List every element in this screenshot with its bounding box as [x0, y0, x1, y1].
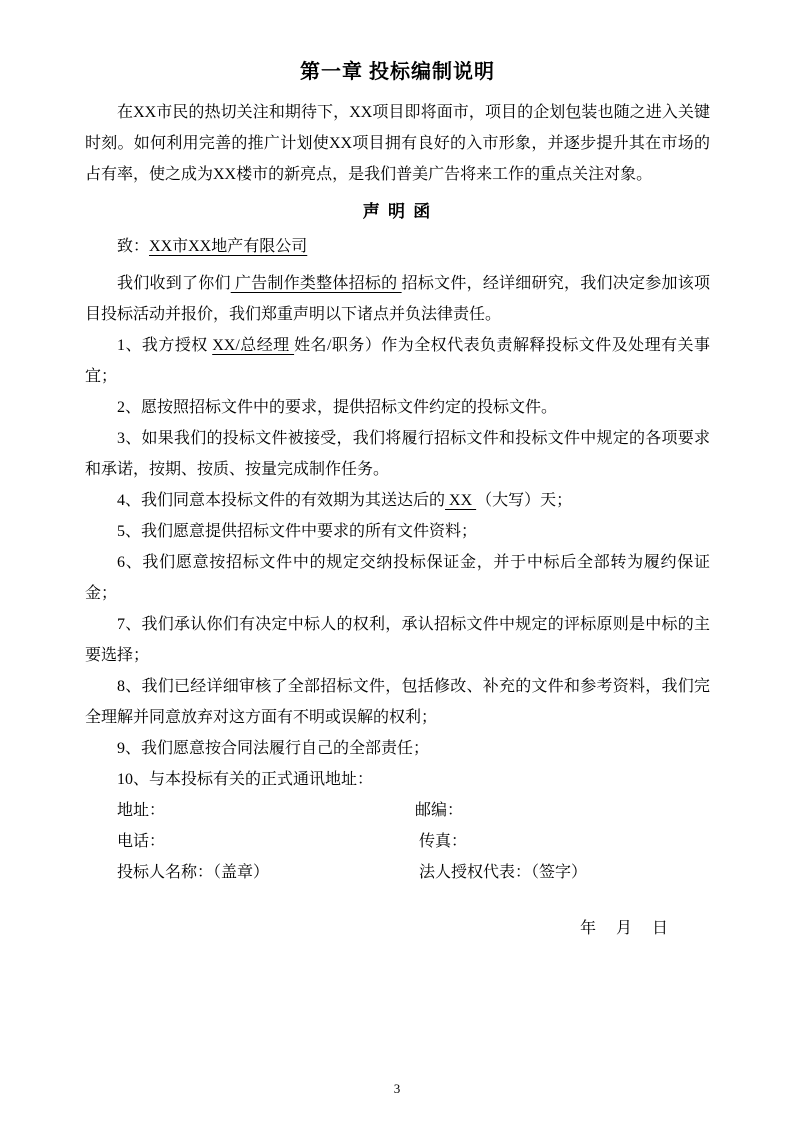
document-page: 第一章 投标编制说明 在XX市民的热切关注和期待下，XX项目即将面市，项目的企划…	[0, 0, 794, 1122]
contact-row-address: 地址： 邮编：	[85, 795, 710, 826]
statement-item-4: 4、我们同意本投标文件的有效期为其送达后的 XX （大写）天；	[85, 485, 710, 516]
postcode-label: 邮编：	[415, 795, 710, 826]
item-text: 9、我们愿意按合同法履行自己的全部责任；	[117, 740, 429, 757]
item-text: 3、如果我们的投标文件被接受，我们将履行招标文件和投标文件中规定的各项要求和承诺…	[85, 430, 710, 478]
item-text: 8、我们已经详细审核了全部招标文件，包括修改、补充的文件和参考资料，我们完全理解…	[85, 678, 710, 726]
statement-item-10: 10、与本投标有关的正式通讯地址：	[85, 764, 710, 795]
chapter-title: 第一章 投标编制说明	[85, 55, 710, 89]
address-label: 地址：	[85, 795, 415, 826]
item-underlined-blank: XX	[445, 492, 476, 509]
item-text: 1、我方授权	[117, 337, 212, 354]
statement-item-3: 3、如果我们的投标文件被接受，我们将履行招标文件和投标文件中规定的各项要求和承诺…	[85, 423, 710, 485]
opening-underlined-blank: 广告制作类整体招标的	[231, 275, 402, 292]
item-text: 2、愿按照招标文件中的要求，提供招标文件约定的投标文件。	[117, 399, 557, 416]
recipient-label: 致：	[117, 238, 149, 255]
contact-row-phone: 电话： 传真：	[85, 826, 710, 857]
letter-opening-paragraph: 我们收到了你们 广告制作类整体招标的 招标文件，经详细研究，我们决定参加该项目投…	[85, 268, 710, 330]
item-text: 6、我们愿意按招标文件中的规定交纳投标保证金，并于中标后全部转为履约保证金；	[85, 554, 710, 602]
legal-representative-label: 法人授权代表：（签字）	[415, 857, 710, 888]
statement-item-6: 6、我们愿意按招标文件中的规定交纳投标保证金，并于中标后全部转为履约保证金；	[85, 547, 710, 609]
phone-label: 电话：	[85, 826, 415, 857]
statement-item-2: 2、愿按照招标文件中的要求，提供招标文件约定的投标文件。	[85, 392, 710, 423]
item-text: 7、我们承认你们有决定中标人的权利，承认招标文件中规定的评标原则是中标的主要选择…	[85, 616, 710, 664]
item-text: 4、我们同意本投标文件的有效期为其送达后的	[117, 492, 445, 509]
statement-item-9: 9、我们愿意按合同法履行自己的全部责任；	[85, 733, 710, 764]
item-text: 5、我们愿意提供招标文件中要求的所有文件资料；	[117, 523, 477, 540]
date-line: 年 月 日	[85, 913, 710, 944]
statement-item-1: 1、我方授权 XX/总经理 姓名/职务）作为全权代表负责解释投标文件及处理有关事…	[85, 330, 710, 392]
item-text: （大写）天；	[476, 492, 572, 509]
page-number: 3	[0, 1081, 794, 1096]
letter-recipient-line: 致：XX市XX地产有限公司	[85, 231, 710, 262]
item-underlined-blank: XX/总经理	[212, 337, 294, 354]
statement-item-5: 5、我们愿意提供招标文件中要求的所有文件资料；	[85, 516, 710, 547]
recipient-company-underlined: XX市XX地产有限公司	[149, 238, 307, 255]
opening-text: 我们收到了你们	[117, 275, 231, 292]
document-body: 第一章 投标编制说明 在XX市民的热切关注和期待下，XX项目即将面市，项目的企划…	[85, 55, 710, 960]
item-text: 10、与本投标有关的正式通讯地址：	[117, 771, 373, 788]
statement-item-8: 8、我们已经详细审核了全部招标文件，包括修改、补充的文件和参考资料，我们完全理解…	[85, 671, 710, 733]
letter-heading: 声 明 函	[85, 196, 710, 227]
fax-label: 传真：	[415, 826, 710, 857]
contact-row-signature: 投标人名称：（盖章） 法人授权代表：（签字）	[85, 857, 710, 888]
bidder-name-label: 投标人名称：（盖章）	[85, 857, 415, 888]
intro-paragraph: 在XX市民的热切关注和期待下，XX项目即将面市，项目的企划包装也随之进入关键时刻…	[85, 97, 710, 190]
statement-item-7: 7、我们承认你们有决定中标人的权利，承认招标文件中规定的评标原则是中标的主要选择…	[85, 609, 710, 671]
